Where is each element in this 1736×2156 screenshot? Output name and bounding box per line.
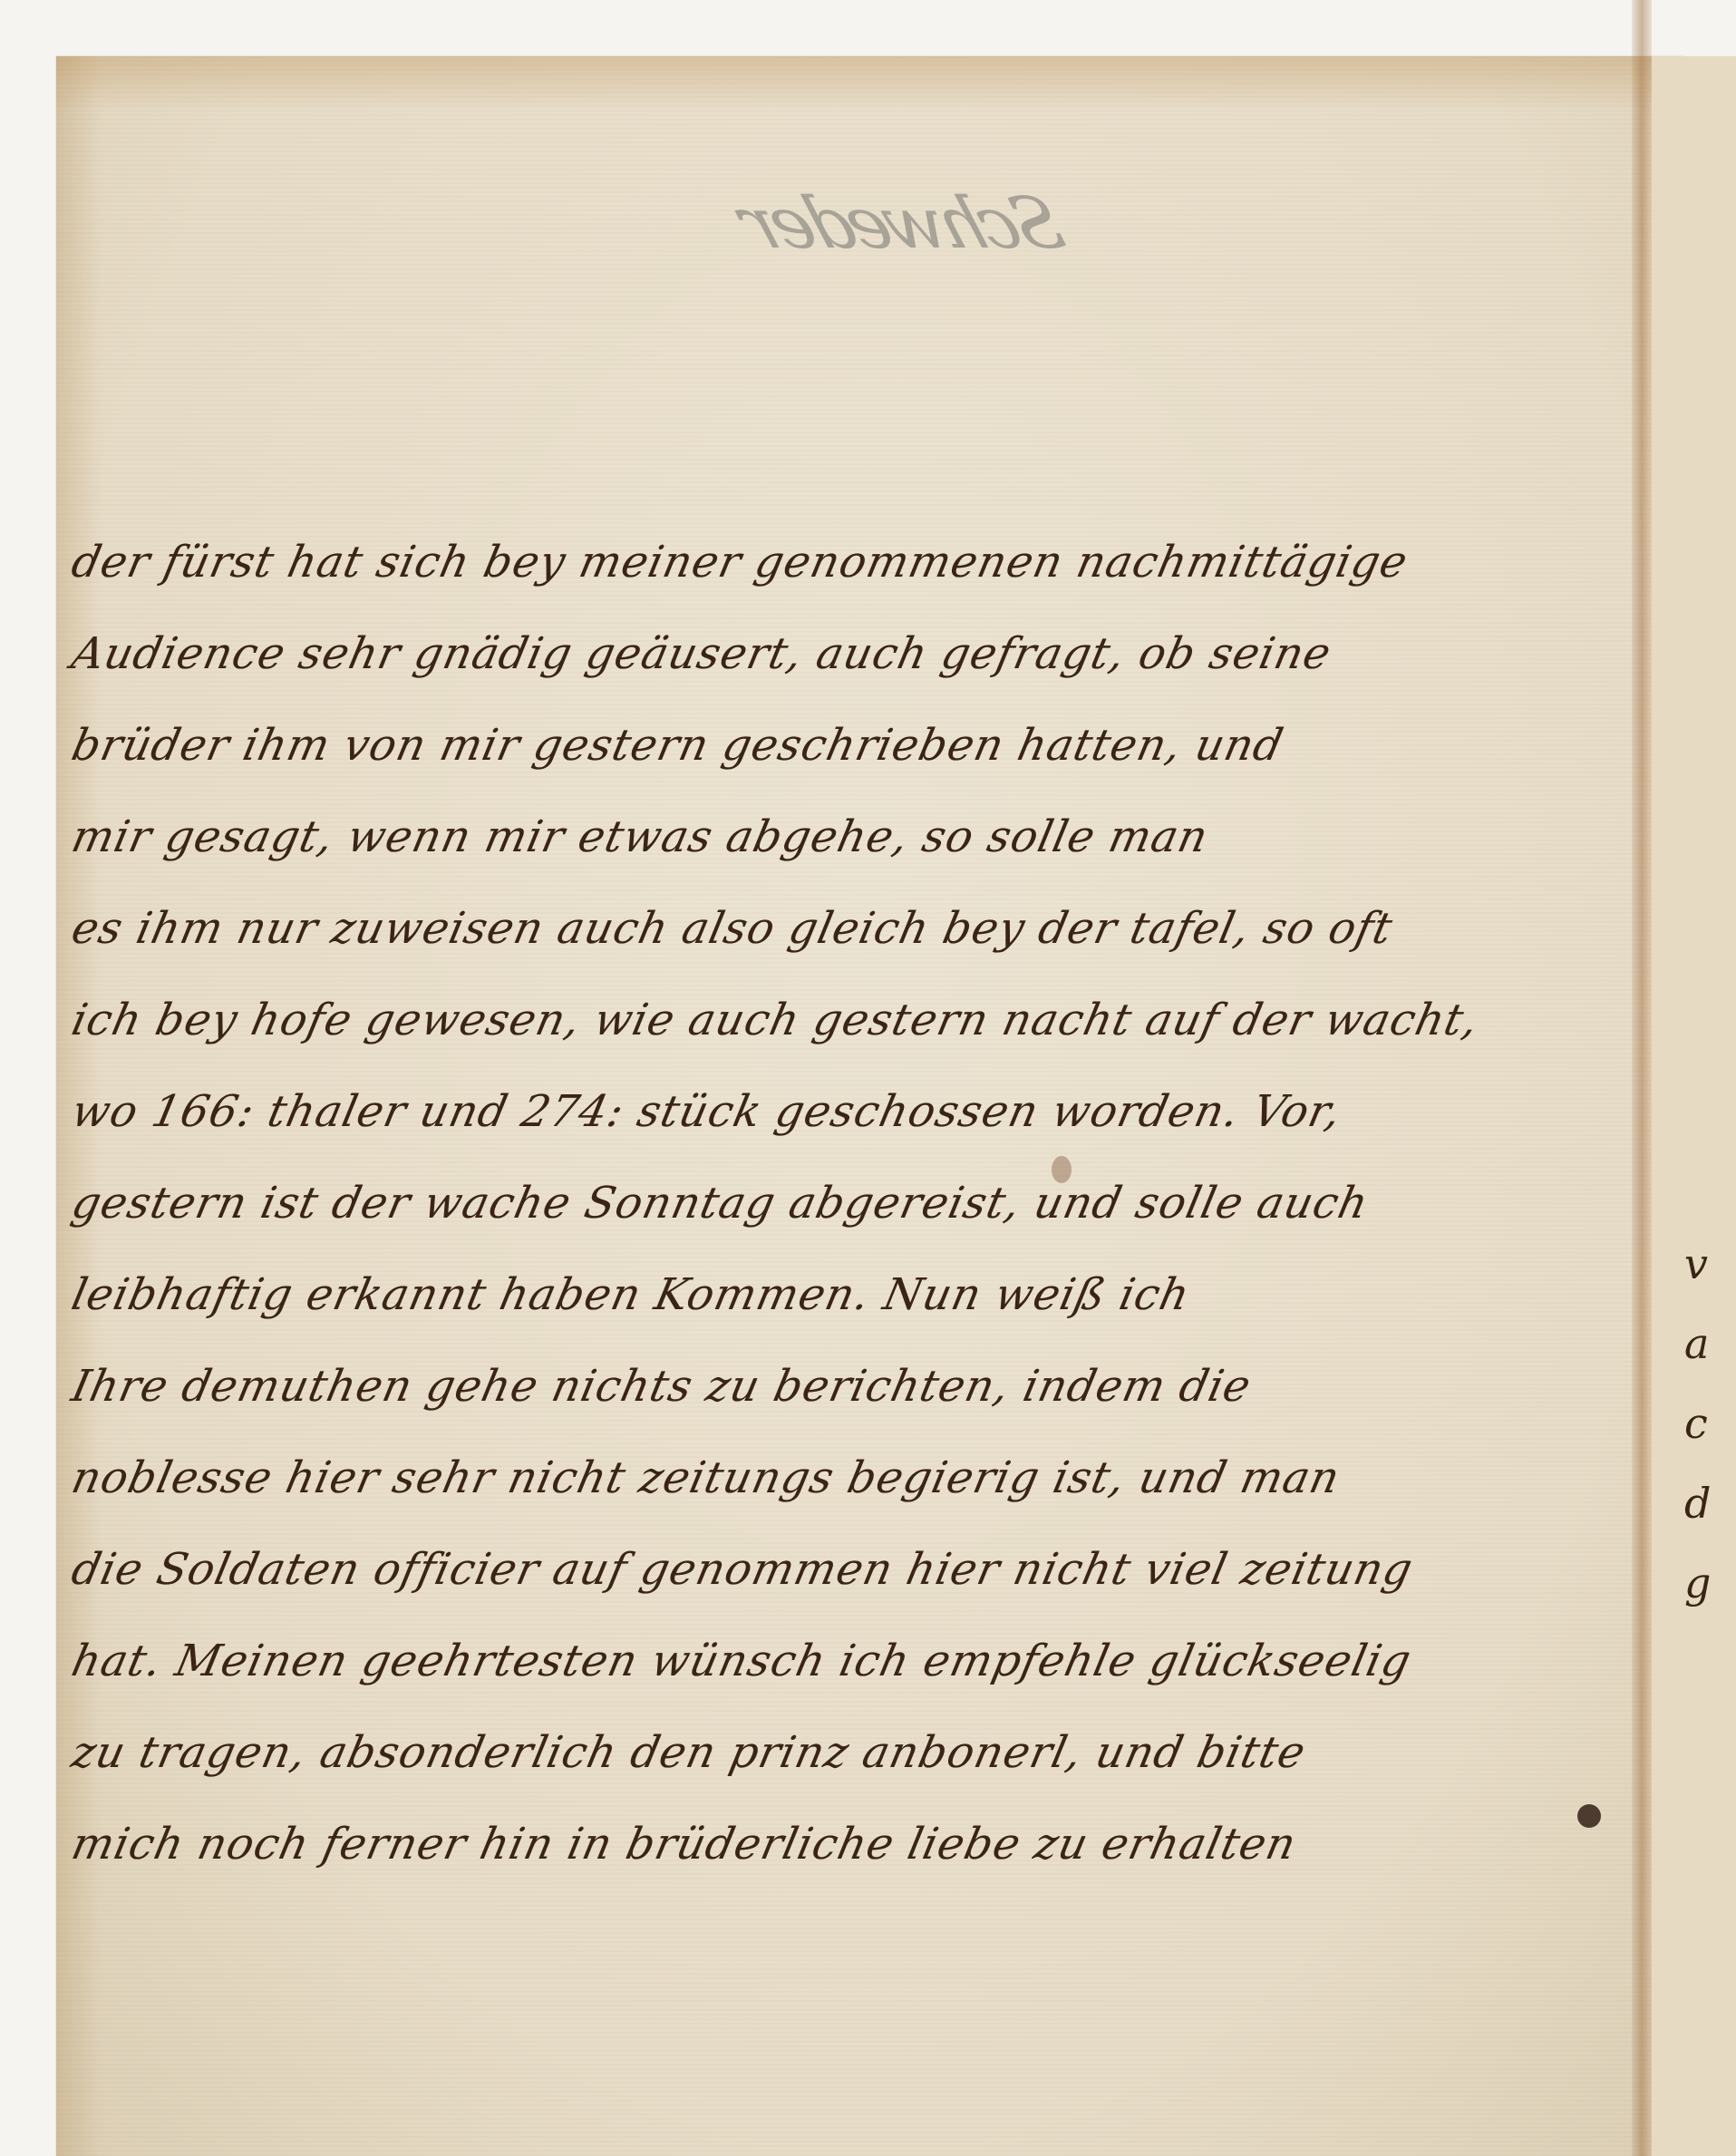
margin-mark: g [1684, 1543, 1736, 1623]
text-line-7: wo 166: thaler und 274: stück geschossen… [63, 1066, 1677, 1158]
text-line-14: zu tragen, absonderlich den prinz anbone… [63, 1707, 1677, 1799]
margin-mark: a [1684, 1304, 1736, 1384]
text-line-6: ich bey hofe gewesen, wie auch gestern n… [63, 975, 1677, 1066]
text-line-11: noblesse hier sehr nicht zeitungs begier… [63, 1432, 1677, 1524]
handwritten-text: der fürst hat sich bey meiner genommenen… [73, 517, 1668, 1890]
text-line-4: mir gesagt, wenn mir etwas abgehe, so so… [63, 792, 1677, 883]
text-line-12: die Soldaten officier auf genommen hier … [63, 1524, 1677, 1616]
text-line-8: gestern ist der wache Sonntag abgereist,… [63, 1158, 1677, 1249]
ink-blot [1577, 1804, 1601, 1828]
margin-mark: c [1684, 1384, 1736, 1463]
text-line-2: Audience sehr gnädig geäusert, auch gefr… [63, 608, 1677, 700]
text-line-1: der fürst hat sich bey meiner genommenen… [63, 517, 1677, 608]
text-line-15: mich noch ferner hin in brüderliche lieb… [63, 1799, 1677, 1890]
text-line-3: brüder ihm von mir gestern geschrieben h… [63, 700, 1677, 792]
text-line-9: leibhaftig erkannt haben Kommen. Nun wei… [63, 1249, 1677, 1341]
ink-stain [1052, 1156, 1072, 1183]
text-line-13: hat. Meinen geehrtesten wünsch ich empfe… [63, 1616, 1677, 1707]
margin-mark: d [1684, 1463, 1736, 1543]
text-line-5: es ihm nur zuweisen auch also gleich bey… [63, 883, 1677, 975]
text-line-10: Ihre demuthen gehe nichts zu berichten, … [63, 1341, 1677, 1432]
pencil-annotation: Schweder [667, 183, 1095, 328]
adjacent-page-text: v a c d g [1684, 1224, 1736, 1623]
margin-mark: v [1684, 1224, 1736, 1304]
